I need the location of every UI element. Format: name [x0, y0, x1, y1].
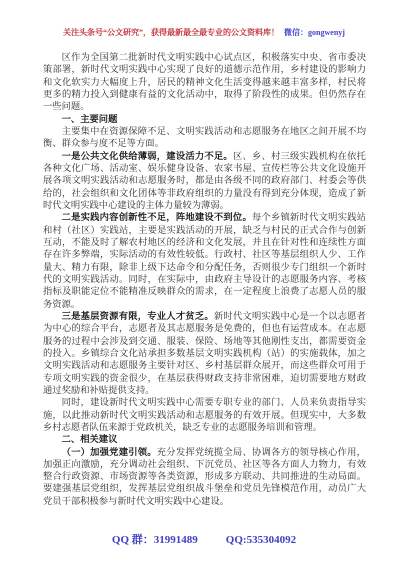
- document-page: 关注头条号“公文研究”，获得最新最全最专业的公文资料库！微信：gongwenyj…: [0, 0, 408, 580]
- section-heading-main-problems: 一、主要问题: [43, 114, 366, 126]
- additional-problem-paragraph: 同时，建设新时代文明实践中心需要专职专业的部门、人员来负责指导实施，以此推动新时…: [43, 397, 366, 434]
- document-body: 区作为全国第二批新时代文明实践中心试点区，积极落实中央、省市委决策部署，新时代文…: [43, 52, 366, 508]
- header-banner: 关注头条号“公文研究”，获得最新最全最专业的公文资料库！微信：gongwenyj: [0, 27, 408, 38]
- problem-point-3: 三是基层资源有限，专业人才贫乏。新时代文明实践中心是一个以志愿者为中心的综合平台…: [43, 311, 366, 397]
- problem-point-3-text: 新时代文明实践中心是一个以志愿者为中心的综合平台，志愿者及其志愿服务是免费的，但…: [43, 312, 366, 396]
- footer-contacts: QQ 群：31991489QQ:535304092: [0, 531, 408, 547]
- suggestion-point-1: （一）加强党建引领。充分发挥党统揽全局、协调各方的领导核心作用，加强正向激励，充…: [43, 447, 366, 509]
- problem-point-2: 二是实践内容创新性不足，阵地建设不到位。每个乡镇新时代文明实践站和村（社区）实践…: [43, 212, 366, 311]
- intro-paragraph: 区作为全国第二批新时代文明实践中心试点区，积极落实中央、省市委决策部署，新时代文…: [43, 52, 366, 114]
- problem-point-3-lead: 三是基层资源有限，专业人才贫乏。: [62, 312, 214, 322]
- qq-contact: QQ:535304092: [226, 534, 296, 546]
- header-wechat-contact: 微信：gongwenyj: [284, 28, 345, 37]
- qq-group-contact: QQ 群：31991489: [112, 534, 198, 546]
- problem-point-2-text: 每个乡镇新时代文明实践站和村（社区）实践站，主要是实践活动的开展，缺乏与村民的正…: [43, 213, 366, 309]
- problems-summary-paragraph: 主要集中在资源保障不足、文明实践活动和志愿服务在地区之间开展不均衡、群众参与度不…: [43, 126, 366, 151]
- header-ad-text: 关注头条号“公文研究”，获得最新最全最专业的公文资料库！: [63, 28, 279, 37]
- problem-point-1-lead: 一是公共文化供给薄弱，建设活力不足。: [62, 152, 233, 162]
- problem-point-2-lead: 二是实践内容创新性不足，阵地建设不到位。: [62, 213, 252, 223]
- suggestion-point-1-lead: （一）加强党建引领。: [62, 448, 157, 458]
- problem-point-1: 一是公共文化供给薄弱，建设活力不足。区、乡、村三级实践机构在依托各种文化广场、活…: [43, 151, 366, 213]
- section-heading-suggestions: 二、相关建议: [43, 434, 366, 446]
